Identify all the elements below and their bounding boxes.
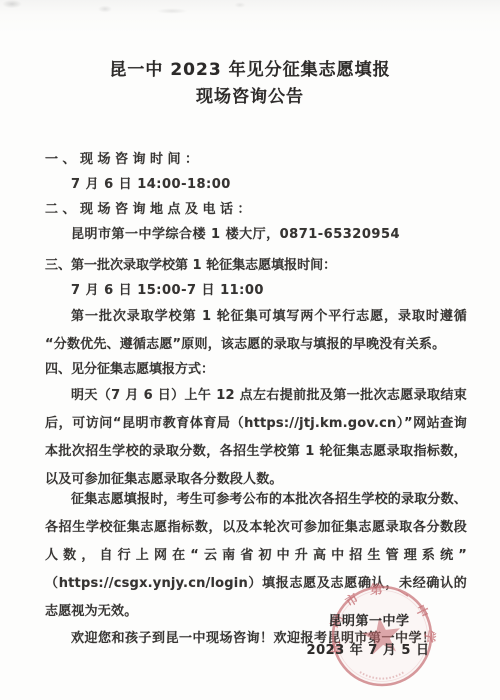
signature-school-name: 昆明第一中学	[328, 610, 409, 629]
section-1-time: 7 月 6 日 14:00-18:00	[45, 172, 467, 197]
section-2-heading: 二、现场咨询地点及电话：	[45, 197, 467, 222]
section-2-location: 昆明市第一中学综合楼 1 楼大厅，0871-65320954	[45, 222, 467, 247]
title-line-1: 昆一中 2023 年见分征集志愿填报	[0, 57, 500, 84]
title-line-2: 现场咨询公告	[0, 84, 500, 111]
official-seal-stamp: 昆明市第一中学	[327, 581, 437, 691]
signature-date: 2023 年 7 月 5 日	[307, 639, 430, 658]
section-3-time: 7 月 6 日 15:00-7 日 11:00	[45, 278, 467, 303]
section-3-heading: 三、第一批次录取学校第 1 轮征集志愿填报时间：	[45, 253, 467, 278]
section-4-paragraph-1: 明天（7 月 6 日）上午 12 点左右提前批及第一批次志愿录取结束后，可访问“…	[45, 382, 467, 494]
document-page: 昆一中 2023 年见分征集志愿填报 现场咨询公告 一、现场咨询时间： 7 月 …	[0, 0, 500, 700]
section-4-heading: 四、见分征集志愿填报方式：	[45, 357, 467, 382]
page-title: 昆一中 2023 年见分征集志愿填报 现场咨询公告	[0, 0, 500, 111]
document-body: 一、现场咨询时间： 7 月 6 日 14:00-18:00 二、现场咨询地点及电…	[0, 147, 500, 651]
section-1-heading: 一、现场咨询时间：	[45, 147, 467, 172]
section-3-paragraph: 第一批次录取学校第 1 轮征集可填写两个平行志愿，录取时遵循“分数优先、遵循志愿…	[45, 303, 467, 359]
